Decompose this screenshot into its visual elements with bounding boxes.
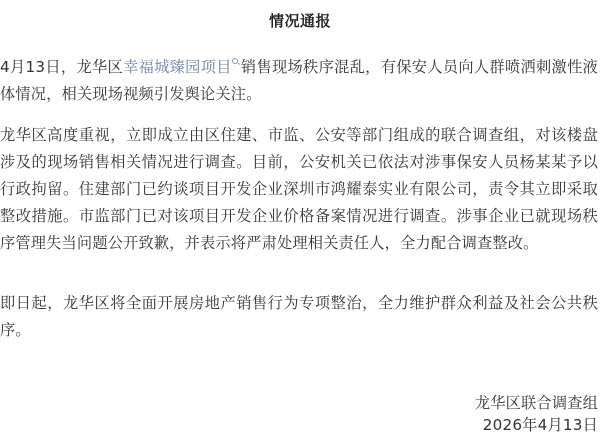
paragraph-incident: 4月13日，龙华区幸福城臻园项目销售现场秩序混乱，有保安人员向人群喷洒刺激性液体… [0, 54, 598, 108]
paragraph-rectification: 即日起，龙华区将全面开展房地产销售行为专项整治，全力维护群众利益及社会公共秩序。 [0, 290, 598, 344]
search-icon[interactable] [232, 58, 239, 65]
paragraph-investigation: 龙华区高度重视，立即成立由区住建、市监、公安等部门组成的联合调查组，对该楼盘涉及… [0, 122, 598, 257]
signature-organization: 龙华区联合调查组 [475, 392, 598, 413]
paragraph-text: 4月13日，龙华区 [0, 58, 123, 76]
document-title: 情况通报 [0, 10, 600, 31]
project-search-link[interactable]: 幸福城臻园项目 [123, 58, 232, 76]
signature-date: 2026年4月13日 [483, 414, 598, 435]
